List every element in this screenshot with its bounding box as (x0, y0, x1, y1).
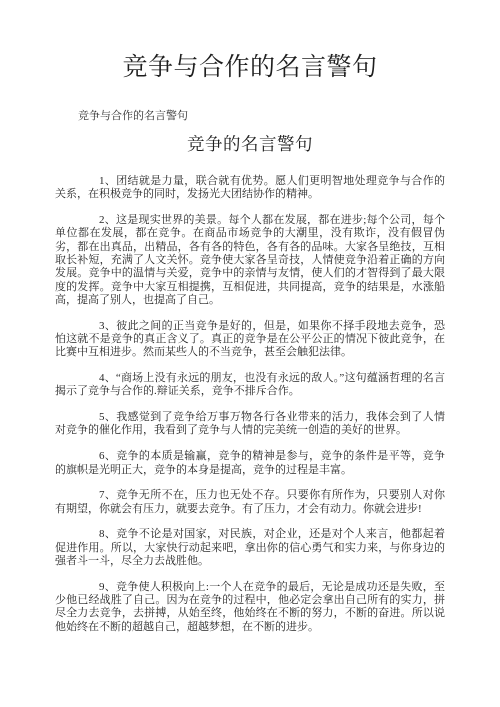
document-body: 1、团结就是力量，联合就有优势。愿人们更明智地处理竞争与合作的关系，在积极竞争的… (55, 175, 445, 634)
document-title: 竞争与合作的名言警句 (0, 0, 500, 83)
quote-paragraph-6: 6、竞争的本质是输赢，竞争的精神是参与，竞争的条件是平等，竞争的旗帜是光明正大，… (55, 450, 445, 477)
quote-paragraph-3: 3、彼此之间的正当竞争是好的，但是，如果你不择手段地去竞争，恐怕这就不是竞争的真… (55, 320, 445, 360)
quote-paragraph-9: 9、竞争使人积极向上:一个人在竞争的最后，无论是成功还是失败，至少他已经战胜了自… (55, 581, 445, 634)
document-page: 竞争与合作的名言警句 竞争与合作的名言警句 竞争的名言警句 1、团结就是力量，联… (0, 0, 500, 707)
quote-paragraph-4: 4、“商场上没有永远的朋友，也没有永远的敌人。”这句蕴涵哲理的名言揭示了竞争与合… (55, 372, 445, 399)
quote-paragraph-1: 1、团结就是力量，联合就有优势。愿人们更明智地处理竞争与合作的关系，在积极竞争的… (55, 175, 445, 202)
section-heading: 竞争的名言警句 (0, 133, 500, 155)
quote-paragraph-5: 5、我感觉到了竞争给万事万物各行各业带来的活力，我体会到了人情对竞争的催化作用，… (55, 411, 445, 438)
quote-paragraph-2: 2、这是现实世界的美景。每个人都在发展，都在进步;每个公司，每个单位都在发展，都… (55, 214, 445, 307)
quote-paragraph-7: 7、竞争无所不在，压力也无处不存。只要你有所作为，只要别人对你有期望，你就会有压… (55, 489, 445, 516)
document-meta-line: 竞争与合作的名言警句 (78, 109, 500, 123)
quote-paragraph-8: 8、竞争不论是对国家，对民族，对企业，还是对个人来言，他都起着促进作用。所以，大… (55, 528, 445, 568)
